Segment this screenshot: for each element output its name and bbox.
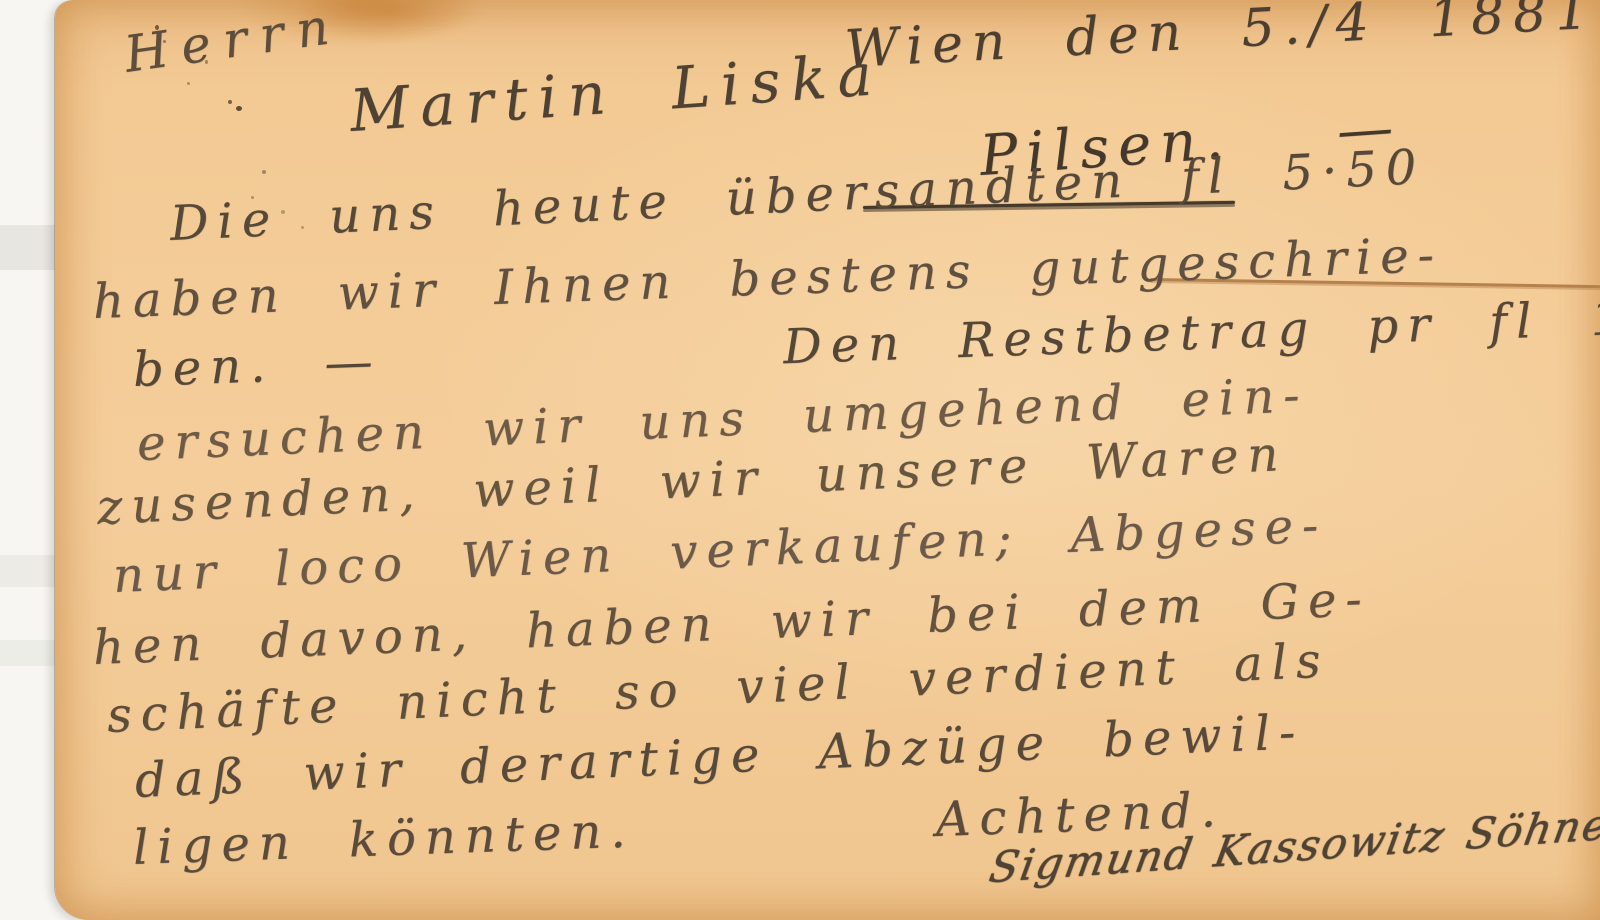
postcard-paper: Herrn Wien den 5./4 1881 Martin Liska Pi… [55,0,1600,920]
addressee-name: Martin Liska [348,43,885,144]
ink-speck [228,100,232,104]
ink-speck [262,170,266,174]
ink-speck [236,106,242,111]
scanner-streak [0,225,55,270]
scanned-postcard-image: Herrn Wien den 5./4 1881 Martin Liska Pi… [0,0,1600,920]
scanner-streak [0,640,55,666]
ink-speck [187,82,190,85]
dateline-wien: Wien den 5./4 1881 [844,0,1599,79]
salutation-herrn: Herrn [121,0,345,83]
scanner-streak [0,555,55,587]
